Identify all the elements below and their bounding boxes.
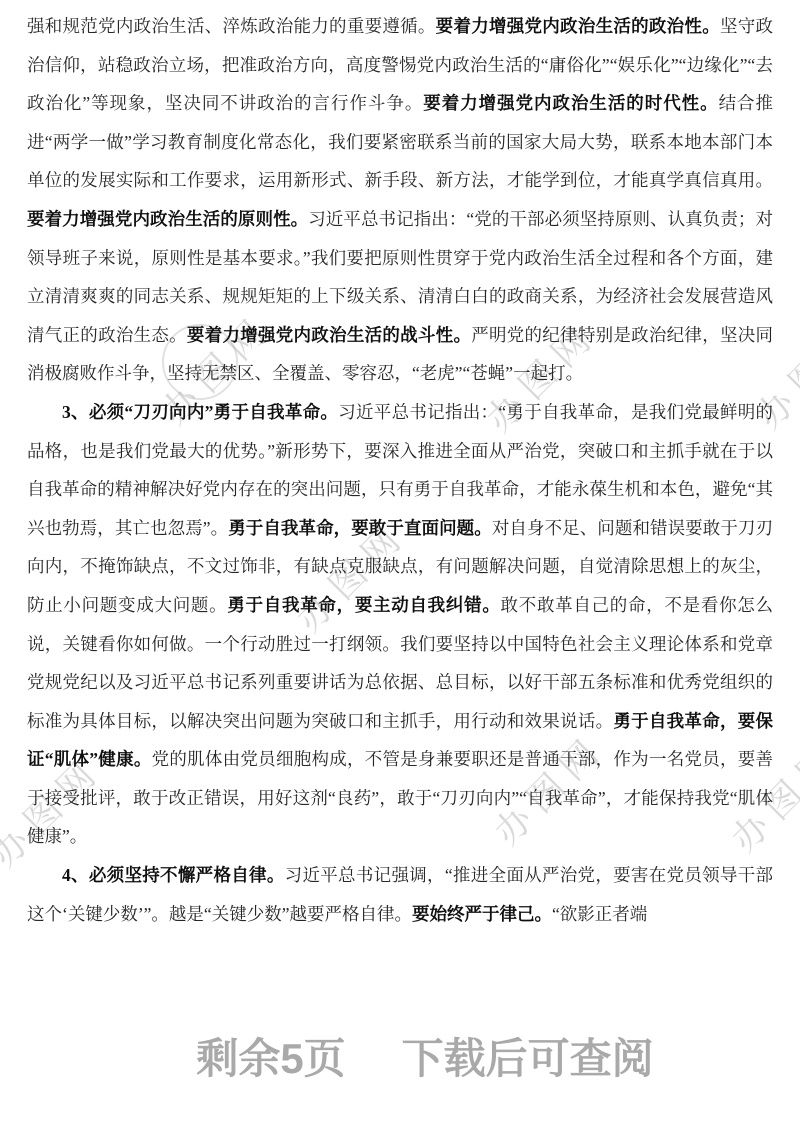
document-body: 强和规范党内政治生活、淬炼政治能力的重要遵循。要着力增强党内政治生活的政治性。坚… xyxy=(27,7,773,933)
text-run: “欲影正者端 xyxy=(552,904,647,924)
document-page: 办图网办图网办图网办图网办图网办图网办图网 强和规范党内政治生活、淬炼政治能力的… xyxy=(0,0,800,1141)
emphasis-run: 4、必须坚持不懈严格自律。 xyxy=(62,865,285,885)
emphasis-run: 要始终严于律己。 xyxy=(412,904,552,924)
emphasis-run: 要着力增强党内政治生活的原则性。 xyxy=(27,209,308,229)
paragraph: 3、必须“刀刃向内”勇于自我革命。习近平总书记指出：“勇于自我革命，是我们党最鲜… xyxy=(27,393,773,856)
emphasis-run: 要着力增强党内政治生活的时代性。 xyxy=(423,93,718,113)
emphasis-run: 3、必须“刀刃向内”勇于自我革命。 xyxy=(62,402,338,422)
paragraph: 强和规范党内政治生活、淬炼政治能力的重要遵循。要着力增强党内政治生活的政治性。坚… xyxy=(27,7,773,393)
emphasis-run: 要着力增强党内政治生活的政治性。 xyxy=(436,16,720,36)
pages-remaining-banner: 剩余5页 下载后可查阅 xyxy=(25,1036,800,1082)
emphasis-run: 勇于自我革命，要敢于直面问题。 xyxy=(228,518,492,538)
paragraph: 4、必须坚持不懈严格自律。习近平总书记强调，“推进全面从严治党，要害在党员领导干… xyxy=(27,856,773,933)
emphasis-run: 要着力增强党内政治生活的战斗性。 xyxy=(187,325,471,345)
text-run: 强和规范党内政治生活、淬炼政治能力的重要遵循。 xyxy=(27,16,436,36)
download-hint-text: 下载后可查阅 xyxy=(402,1036,654,1082)
emphasis-run: 勇于自我革命，要主动自我纠错。 xyxy=(227,595,500,615)
pages-remaining-text: 剩余5页 xyxy=(196,1036,345,1082)
